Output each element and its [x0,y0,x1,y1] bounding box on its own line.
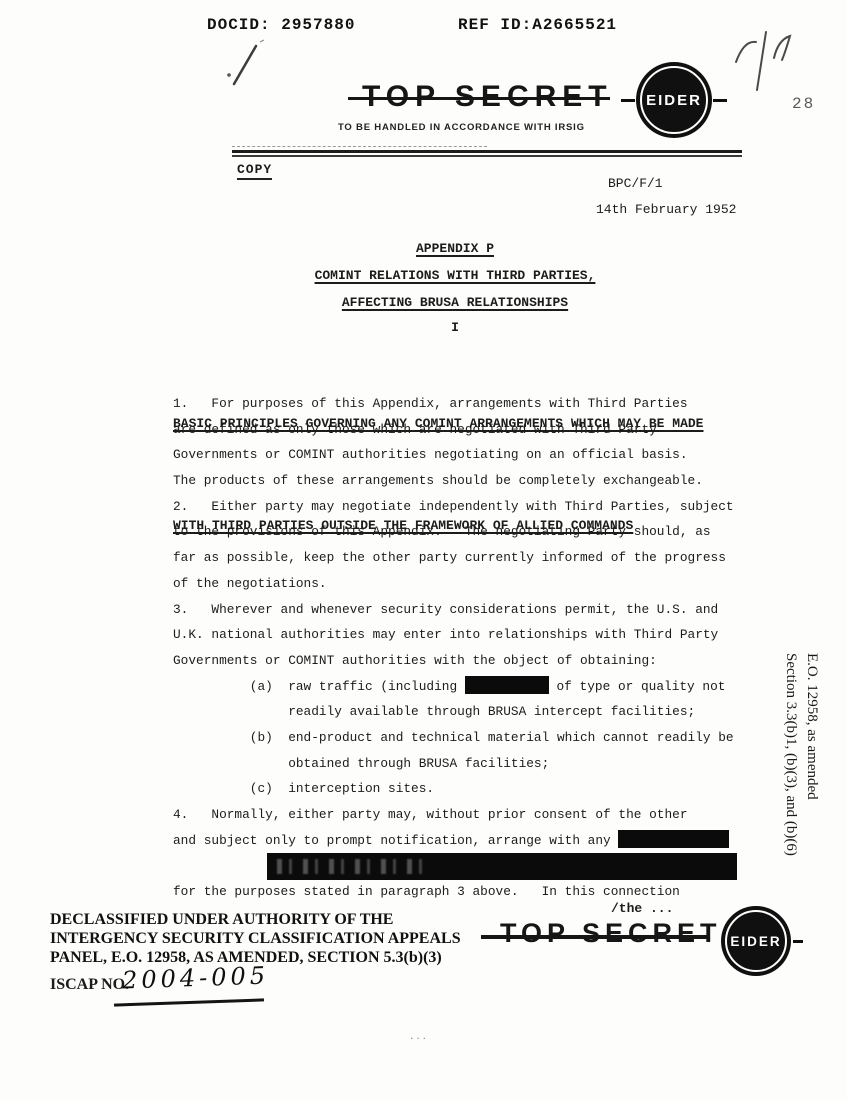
reference-number: BPC/F/1 [608,176,663,191]
appendix-title: APPENDIX P [416,241,494,256]
body-text-segment: readily available through BRUSA intercep… [173,704,695,719]
body-line: 4. Normally, either party may, without p… [173,802,773,828]
declass-line: DECLASSIFIED UNDER AUTHORITY OF THE [50,910,461,929]
body-text-segment: to the provisions of this Appendix. The … [173,524,711,539]
redaction-box [267,853,737,880]
continuation-marker: /the ... [611,901,673,916]
body-text-segment: Governments or COMINT authorities with t… [173,653,657,668]
title-line-2: AFFECTING BRUSA RELATIONSHIPS [342,295,568,310]
dashed-rule [232,146,487,147]
eider-stamp-top: EIDER [636,62,712,138]
codeword-label: EIDER [646,92,702,109]
eider-stamp-bottom: EIDER [721,906,791,976]
declassification-stamp: DECLASSIFIED UNDER AUTHORITY OF THE INTE… [50,910,461,967]
body-text-segment: of type or quality not [549,679,726,694]
body-text-segment: Governments or COMINT authorities negoti… [173,447,688,462]
pencil-slash-mark [218,30,278,90]
scan-artifact-dots: ... [410,1028,429,1042]
body-line: far as possible, keep the other party cu… [173,545,773,571]
body-line: (b) end-product and technical material w… [173,725,773,751]
body-text-segment: obtained through BRUSA facilities; [173,756,549,771]
top-secret-banner-bottom: TOP SECRET [500,918,722,949]
body-line: obtained through BRUSA facilities; [173,751,773,777]
body-line: The products of these arrangements shoul… [173,468,773,494]
margin-declass-citation: E.O. 12958, as amended Section 3.3(b)1, … [780,653,822,915]
iscap-number: 2004-005 [122,961,270,994]
document-page: DOCID: 2957880 REF ID:A2665521 TOP SECRE… [0,0,846,1099]
handling-caveat: TO BE HANDLED IN ACCORDANCE WITH IRSIG [338,122,585,133]
body-text-segment: 4. Normally, either party may, without p… [173,807,688,822]
header-rule [232,150,742,153]
body-line: Governments or COMINT authorities with t… [173,648,773,674]
page-number: 28 [792,95,815,113]
body-line: are defined as only those which are nego… [173,417,773,443]
body-line: 1. For purposes of this Appendix, arrang… [173,391,773,417]
declass-line: INTERGENCY SECURITY CLASSIFICATION APPEA… [50,929,461,948]
margin-citation-line-1: E.O. 12958, as amended [801,653,822,915]
copy-label: COPY [237,162,272,180]
document-date: 14th February 1952 [596,202,736,217]
body-line: for the purposes stated in paragraph 3 a… [173,879,773,905]
body-text-segment: of the negotiations. [173,576,327,591]
body-text-segment: (b) end-product and technical material w… [173,730,734,745]
ref-id-text: REF ID:A2665521 [458,16,617,34]
stamp-dash-left [621,99,635,102]
body-line: readily available through BRUSA intercep… [173,699,773,725]
body-text-segment: The products of these arrangements shoul… [173,473,703,488]
body-text-segment: far as possible, keep the other party cu… [173,550,726,565]
body-line: (a) raw traffic (including of type or qu… [173,674,773,700]
body-text-segment: for the purposes stated in paragraph 3 a… [173,884,680,899]
body-line: 2. Either party may negotiate independen… [173,494,773,520]
body-line: Governments or COMINT authorities negoti… [173,442,773,468]
codeword-label: EIDER [730,934,781,949]
body-text-segment: 3. Wherever and whenever security consid… [173,602,718,617]
iscap-underline [114,998,264,1006]
title-line-1: COMINT RELATIONS WITH THIRD PARTIES, [315,268,596,283]
body-text: 1. For purposes of this Appendix, arrang… [173,391,773,905]
body-text-segment: (a) raw traffic (including [173,679,465,694]
body-line: (c) interception sites. [173,776,773,802]
margin-citation-line-2: Section 3.3(b)1, (b)(3), and (b)(6) [780,653,801,915]
body-text-segment: U.K. national authorities may enter into… [173,627,718,642]
handwritten-mark [722,24,812,99]
body-line: U.K. national authorities may enter into… [173,622,773,648]
body-text-segment: and subject only to prompt notification,… [173,833,618,848]
body-text-segment: (c) interception sites. [173,781,434,796]
strikethrough-line [348,97,610,100]
body-line: 3. Wherever and whenever security consid… [173,597,773,623]
section-numeral: I [451,320,459,335]
body-line [173,853,773,879]
redaction-box [465,676,549,694]
stamp-dash-bottom-right [793,940,803,943]
iscap-label: ISCAP NO. [50,976,129,994]
header-rule-2 [232,155,742,157]
stamp-dash-right [713,99,727,102]
body-line: to the provisions of this Appendix. The … [173,519,773,545]
strikethrough-line-bottom [481,935,707,939]
body-line: and subject only to prompt notification,… [173,828,773,854]
body-text-segment: 1. For purposes of this Appendix, arrang… [173,396,688,411]
body-text-segment: are defined as only those which are nego… [173,422,657,437]
body-line: of the negotiations. [173,571,773,597]
redaction-box [618,830,729,848]
body-text-segment: 2. Either party may negotiate independen… [173,499,734,514]
